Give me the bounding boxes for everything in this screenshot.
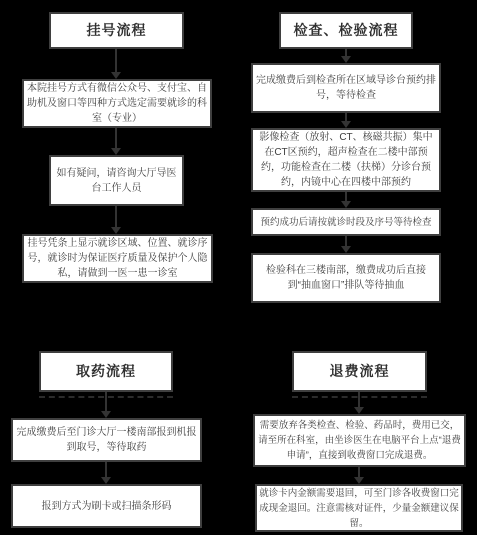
flow-step-refund-1: 需要放弃各类检查、检验、药品时，费用已交，请至所在科室，由坐诊医生在电脑平台上点… (253, 414, 466, 467)
arrow-down-icon (110, 206, 122, 234)
flow-step-registration-1: 本院挂号方式有微信公众号、支付宝、自助机及窗口等四种方式选定需要就诊的科室（专业… (22, 79, 212, 128)
flow-step-examination-2: 影像检查（放射、CT、核磁共振）集中在CT区预约，超声检查在二楼中部预约，功能检… (251, 128, 441, 192)
arrow-down-icon (110, 49, 122, 79)
flow-step-examination-3: 预约成功后请按就诊时段及序号等待检查 (251, 208, 441, 236)
arrow-down-icon (100, 392, 112, 418)
hospital-flowchart: 挂号流程 本院挂号方式有微信公众号、支付宝、自助机及窗口等四种方式选定需要就诊的… (0, 0, 477, 535)
arrow-down-icon (340, 113, 352, 128)
flow-title-refund: 退费流程 (292, 351, 427, 392)
flow-title-pharmacy: 取药流程 (39, 351, 173, 392)
arrow-down-icon (340, 49, 352, 63)
arrow-down-icon (110, 128, 122, 155)
flow-step-refund-2: 就诊卡内金额需要退回，可至门诊各收费窗口完成现金退回。注意需核对证件，少量金额建… (255, 484, 463, 532)
flow-step-examination-1: 完成缴费后到检查所在区域导诊台预约排号，等待检查 (251, 63, 441, 113)
flow-step-examination-4: 检验科在三楼南部，缴费成功后直接到“抽血窗口”排队等待抽血 (251, 253, 441, 303)
arrow-down-icon (353, 392, 365, 414)
flow-step-registration-2: 如有疑问，请咨询大厅导医台工作人员 (49, 155, 184, 206)
arrow-down-icon (340, 236, 352, 253)
flow-step-pharmacy-1: 完成缴费后至门诊大厅一楼南部报到机报到取号，等待取药 (11, 418, 202, 462)
flow-step-registration-3: 挂号凭条上显示就诊区域、位置、就诊序号，就诊时为保证医疗质量及保护个人隐私，请做… (22, 234, 213, 283)
arrow-down-icon (353, 467, 365, 484)
flow-title-examination: 检查、检验流程 (279, 12, 413, 49)
flow-step-pharmacy-2: 报到方式为刷卡或扫描条形码 (11, 484, 202, 528)
arrow-down-icon (100, 462, 112, 484)
flow-title-registration: 挂号流程 (49, 12, 184, 49)
arrow-down-icon (340, 192, 352, 208)
